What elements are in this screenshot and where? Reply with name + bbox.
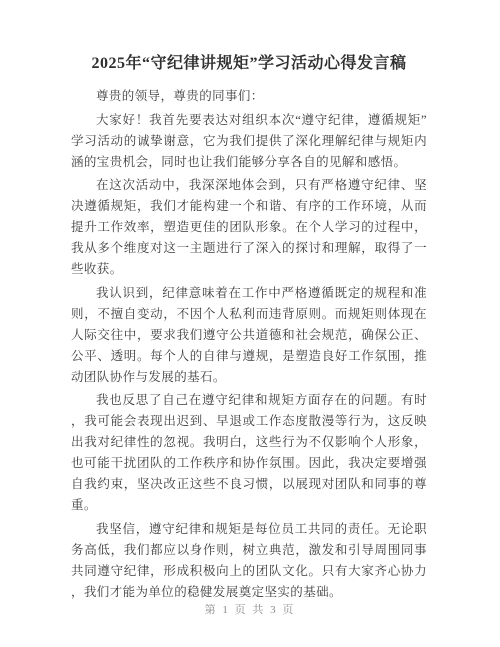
- body-paragraph-5: 我坚信，遵守纪律和规矩是每位员工共同的责任。无论职务高低，我们都应以身作则，树立…: [71, 519, 427, 603]
- page-footer: 第 1 页 共 3 页: [0, 600, 500, 618]
- document-body: 尊贵的领导，尊贵的同事们： 大家好！我首先要表达对组织本次“遵守纪律，遵循规矩”…: [71, 86, 427, 603]
- body-paragraph-1: 大家好！我首先要表达对组织本次“遵守纪律，遵循规矩”学习活动的诚挚谢意，它为我们…: [71, 110, 427, 173]
- page-number-indicator: 第 1 页 共 3 页: [205, 604, 296, 616]
- body-paragraph-4: 我也反思了自己在遵守纪律和规矩方面存在的问题。有时，我可能会表现出迟到、早退或工…: [71, 390, 427, 516]
- document-page: 2025年“守纪律讲规矩”学习活动心得发言稿 尊贵的领导，尊贵的同事们： 大家好…: [0, 0, 500, 647]
- document-title: 2025年“守纪律讲规矩”学习活动心得发言稿: [71, 52, 427, 76]
- body-paragraph-2: 在这次活动中，我深深地体会到，只有严格遵守纪律、坚决遵循规矩，我们才能构建一个和…: [71, 175, 427, 280]
- body-paragraph-3: 我认识到，纪律意味着在工作中严格遵循既定的规程和准则，不擅自变动，不因个人私利而…: [71, 283, 427, 388]
- salutation-line: 尊贵的领导，尊贵的同事们：: [71, 86, 427, 107]
